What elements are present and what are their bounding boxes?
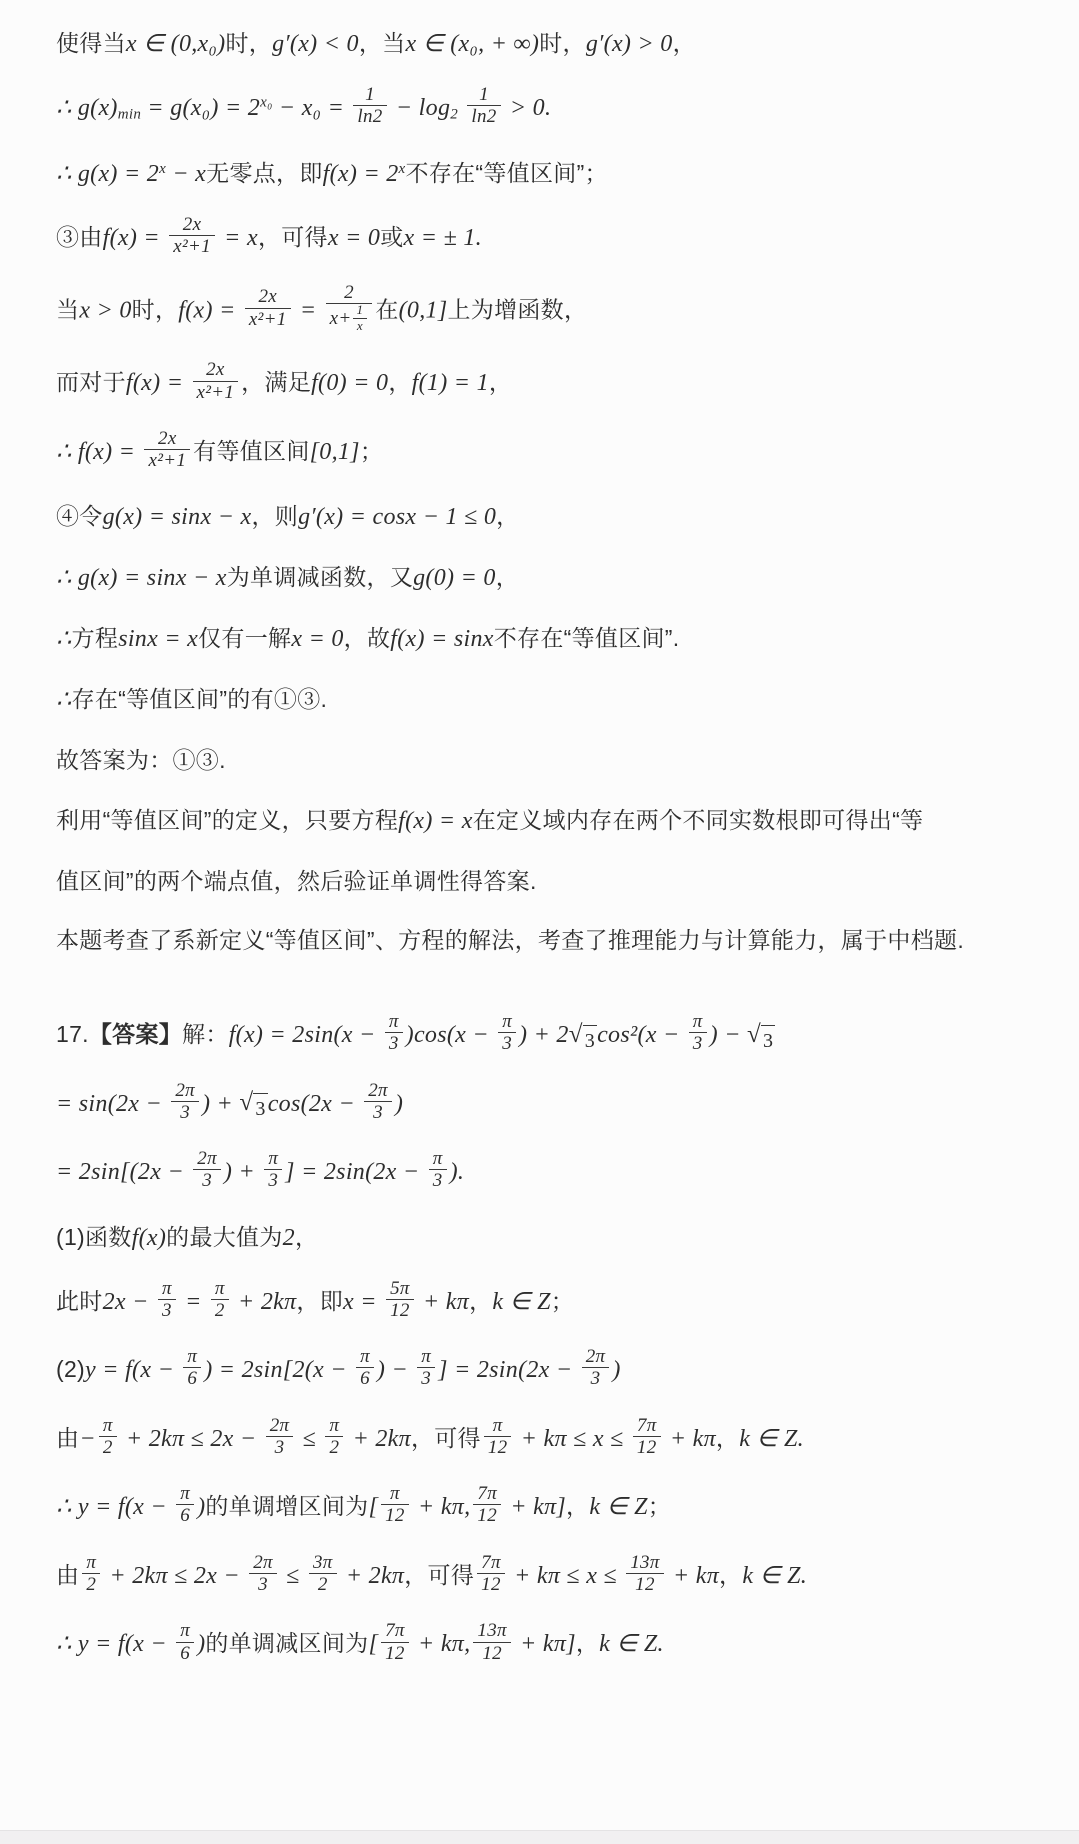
solution-line: 使得当x ∈ (0,x₀)时，g′(x) < 0，当x ∈ (x₀, + ∞)时… — [56, 26, 1035, 62]
text-run: ③由 — [56, 223, 103, 249]
fraction-part: 3 — [171, 1102, 199, 1123]
superscript: x — [399, 160, 406, 176]
solution-line: ∴ g(x)min = g(x₀) = 2x₀ − x₀ = 1ln2 − lo… — [56, 87, 1035, 131]
fraction: π3 — [498, 1011, 516, 1055]
fraction-part: 2x — [245, 286, 291, 308]
math-run: y = f(x − — [85, 1357, 180, 1383]
square-root: √3 — [747, 1021, 775, 1056]
solution-line: 此时2x − π3 = π2 + 2kπ，即x = 5π12 + kπ，k ∈ … — [56, 1281, 1035, 1325]
fraction: 2xx²+1 — [245, 286, 291, 330]
math-run: + kπ ≤ x ≤ — [508, 1563, 623, 1589]
text-run: 在 — [375, 296, 398, 322]
text-run: 由 — [56, 1562, 79, 1588]
fraction-part: x — [353, 319, 368, 334]
bold-text-run: 【答案】 — [89, 1021, 182, 1047]
math-run: f(x) = — [126, 370, 190, 396]
fraction: 1ln2 — [467, 84, 500, 128]
math-run: f(x) — [132, 1225, 167, 1251]
fraction-part: π — [82, 1552, 100, 1574]
fraction-part: 3 — [249, 1574, 277, 1595]
math-run: x+ — [330, 308, 352, 329]
math-run: f(x) = x — [398, 808, 473, 834]
fraction-part: 2x — [144, 428, 190, 450]
text-run: 而对于 — [56, 369, 126, 395]
text-run: ， — [496, 564, 519, 590]
math-run: 2x − — [103, 1288, 155, 1314]
math-run: − x — [166, 161, 206, 187]
fraction-part: π — [429, 1148, 447, 1170]
text-run: 有等值区间 — [193, 438, 310, 464]
fraction-part: ln2 — [353, 106, 386, 127]
fraction-part: 6 — [183, 1368, 201, 1389]
fraction-part: 2π — [582, 1346, 610, 1368]
fraction: π2 — [82, 1552, 100, 1596]
square-root: √3 — [239, 1089, 267, 1124]
fraction-part: 12 — [381, 1643, 409, 1664]
fraction-part: 3 — [689, 1033, 707, 1054]
solution-line: ∴方程sinx = x仅有一解x = 0，故f(x) = sinx不存在“等值区… — [56, 621, 1035, 657]
fraction-part: 2π — [364, 1080, 392, 1102]
math-run: ∴ g(x) = 2 — [56, 161, 159, 187]
text-run: ； — [648, 1493, 671, 1519]
text-run: 的最大值为 — [166, 1224, 283, 1250]
text-run: 利用“等值区间”的定义，只要方程 — [56, 807, 398, 833]
fraction: 7π12 — [381, 1620, 409, 1664]
superscript: x₀ — [260, 95, 272, 111]
solution-line: ∴ y = f(x − π6)的单调增区间为[π12 + kπ,7π12 + k… — [56, 1486, 1035, 1530]
math-run: g(x) = sinx − x — [103, 504, 252, 530]
fraction-part: 3 — [582, 1368, 610, 1389]
math-run: f(x) = — [178, 297, 242, 323]
fraction-part: 3 — [429, 1170, 447, 1191]
solution-line: 由π2 + 2kπ ≤ 2x − 2π3 ≤ 3π2 + 2kπ，可得7π12 … — [56, 1555, 1035, 1599]
math-run: ) + — [202, 1090, 239, 1116]
fraction-part: 12 — [473, 1643, 510, 1664]
solution-line: ∴存在“等值区间”的有①③. — [56, 682, 1035, 718]
fraction-part: 6 — [176, 1505, 194, 1526]
math-run: f(x) = 2sin(x − — [229, 1022, 382, 1048]
fraction: 2π3 — [266, 1415, 294, 1459]
math-run: x = — [343, 1288, 383, 1314]
fraction-part: 2x — [169, 214, 215, 236]
math-run: ∴ g(x) = sinx − x — [56, 565, 227, 591]
text-run: ， — [566, 1493, 589, 1519]
fraction-part: 3 — [158, 1300, 176, 1321]
fraction: π2 — [211, 1278, 229, 1322]
text-run: ，可得 — [404, 1562, 474, 1588]
math-run: − x₀ = — [273, 95, 351, 121]
math-run: k ∈ Z — [589, 1494, 647, 1520]
math-run: ) + 2 — [519, 1022, 569, 1048]
fraction-part: 3 — [385, 1033, 403, 1054]
text-run: ， — [469, 1287, 492, 1313]
text-run: ； — [551, 1287, 574, 1313]
math-run: x > 0 — [79, 297, 131, 323]
fraction-part: 2 — [325, 1437, 343, 1458]
page-bottom-edge — [0, 1830, 1079, 1844]
fraction-part: 3π — [309, 1552, 337, 1574]
fraction-part: 12 — [386, 1300, 414, 1321]
fraction-part: 5π — [386, 1278, 414, 1300]
math-run: k ∈ Z. — [742, 1563, 807, 1589]
fraction: 7π12 — [633, 1415, 661, 1459]
math-run: cos(2x − — [268, 1090, 362, 1116]
solution-line: 利用“等值区间”的定义，只要方程f(x) = x在定义域内存在两个不同实数根即可… — [56, 803, 1035, 839]
solution-line: ③由f(x) = 2xx²+1 = x，可得x = 0或x = ± 1. — [56, 217, 1035, 261]
fraction: 2π3 — [193, 1148, 221, 1192]
text-run: 仅有一解 — [198, 625, 291, 651]
math-run: ∴ — [56, 687, 72, 713]
fraction-part: x²+1 — [193, 382, 239, 403]
text-run: 上为增函数， — [447, 296, 587, 322]
fraction-part: π — [176, 1483, 194, 1505]
fraction-part: 2 — [309, 1574, 337, 1595]
text-run: 存在“等值区间”的有①③. — [72, 686, 328, 712]
text-run: 17. — [56, 1021, 89, 1047]
fraction: π2 — [325, 1415, 343, 1459]
math-run: ∴ y = f(x − — [56, 1631, 173, 1657]
math-run: + 2kπ ≤ 2x − — [103, 1563, 246, 1589]
text-run: 解： — [182, 1021, 229, 1047]
math-run: f(x) = 2 — [323, 161, 399, 187]
text-run: ， — [673, 30, 696, 56]
text-run: 时， — [539, 30, 586, 56]
math-run: > 0. — [504, 95, 552, 121]
math-run: ) + — [224, 1159, 261, 1185]
fraction-part: 3 — [364, 1102, 392, 1123]
solution-line: ∴ g(x) = sinx − x为单调减函数，又g(0) = 0， — [56, 560, 1035, 596]
math-run: g′(x) = cosx − 1 ≤ 0 — [298, 504, 496, 530]
subscript: 2 — [450, 107, 458, 123]
math-run: ] = 2sin(2x − — [285, 1159, 426, 1185]
math-run: ≤ — [280, 1563, 306, 1589]
fraction: 2x+1x — [326, 282, 373, 334]
math-run: g′(x) < 0 — [272, 31, 359, 57]
fraction-part: 2 — [82, 1574, 100, 1595]
fraction-part: π — [417, 1346, 435, 1368]
text-run: 不存在“等值区间”. — [494, 625, 680, 651]
text-run: ， — [496, 503, 519, 529]
math-run: k ∈ Z. — [739, 1425, 804, 1451]
math-run: ) = 2sin[2(x − — [204, 1357, 353, 1383]
fraction: π3 — [264, 1148, 282, 1192]
fraction: π6 — [176, 1620, 194, 1664]
radical-icon: √ — [569, 1021, 583, 1050]
math-run: [0,1] — [310, 439, 360, 465]
math-run: = — [179, 1288, 208, 1314]
fraction-part: 3 — [266, 1437, 294, 1458]
text-run: ，故 — [344, 625, 391, 651]
math-run: ∴ — [56, 626, 72, 652]
math-run: ≤ — [296, 1425, 322, 1451]
text-run: ， — [576, 1630, 599, 1656]
fraction-part: π — [99, 1415, 117, 1437]
fraction-part: 3 — [498, 1033, 516, 1054]
math-run: ∴ g(x) — [56, 95, 118, 121]
fraction: 2xx²+1 — [193, 359, 239, 403]
math-run: ). — [450, 1159, 465, 1185]
math-run: k ∈ Z. — [599, 1631, 664, 1657]
text-run: ， — [295, 1224, 318, 1250]
fraction-part: ln2 — [467, 106, 500, 127]
math-run: )cos(x − — [406, 1022, 496, 1048]
solution-line: (1)函数f(x)的最大值为2， — [56, 1220, 1035, 1256]
math-run: + kπ, — [412, 1631, 471, 1657]
fraction: π3 — [429, 1148, 447, 1192]
fraction-part: π — [176, 1620, 194, 1642]
fraction: π6 — [183, 1346, 201, 1390]
fraction: 5π12 — [386, 1278, 414, 1322]
solution-line: ④令g(x) = sinx − x，则g′(x) = cosx − 1 ≤ 0， — [56, 499, 1035, 535]
solution-line: 故答案为：①③. — [56, 743, 1035, 778]
fraction: π2 — [99, 1415, 117, 1459]
fraction-part: 13π — [473, 1620, 510, 1642]
fraction-part: 2π — [266, 1415, 294, 1437]
text-run: 的单调增区间为 — [205, 1493, 368, 1519]
text-run: 时， — [132, 296, 179, 322]
solution-line: 而对于f(x) = 2xx²+1，满足f(0) = 0，f(1) = 1， — [56, 362, 1035, 406]
math-run: g′(x) > 0 — [586, 31, 673, 57]
text-run: 时， — [225, 30, 272, 56]
math-run: = sin(2x − — [56, 1090, 168, 1116]
fraction-part: x²+1 — [144, 450, 190, 471]
fraction: 13π12 — [626, 1552, 663, 1596]
math-run: + kπ] — [514, 1631, 576, 1657]
text-run: ，当 — [359, 30, 406, 56]
text-run: 无零点，即 — [206, 160, 323, 186]
text-run: ， — [719, 1562, 742, 1588]
math-run: x = 0 — [291, 626, 343, 652]
text-run: ，可得 — [258, 223, 328, 249]
math-run: = 2sin[(2x − — [56, 1159, 190, 1185]
solution-line: (2)y = f(x − π6) = 2sin[2(x − π6) − π3] … — [56, 1349, 1035, 1393]
solution-line: 由−π2 + 2kπ ≤ 2x − 2π3 ≤ π2 + 2kπ，可得π12 +… — [56, 1418, 1035, 1462]
math-run: ) — [612, 1357, 620, 1383]
radical-icon: √ — [239, 1089, 253, 1118]
fraction-part: 13π — [626, 1552, 663, 1574]
text-run: ， — [388, 369, 411, 395]
solution-line: ∴ y = f(x − π6)的单调减区间为[7π12 + kπ,13π12 +… — [56, 1623, 1035, 1667]
solution-line: = sin(2x − 2π3) + √3cos(2x − 2π3) — [56, 1083, 1035, 1127]
fraction-part: x²+1 — [245, 309, 291, 330]
solution-line: 值区间”的两个端点值，然后验证单调性得答案. — [56, 864, 1035, 899]
fraction: π3 — [689, 1011, 707, 1055]
fraction-part: 7π — [633, 1415, 661, 1437]
fraction-part: 3 — [193, 1170, 221, 1191]
math-run: [ — [368, 1494, 378, 1520]
math-run: − log — [390, 95, 451, 121]
text-run: 由 — [56, 1424, 79, 1450]
text-run: ， — [716, 1424, 739, 1450]
fraction-part: π — [158, 1278, 176, 1300]
math-run: + kπ ≤ x ≤ — [514, 1425, 629, 1451]
fraction-part: 3 — [264, 1170, 282, 1191]
fraction-part: π — [183, 1346, 201, 1368]
text-run: 使得当 — [56, 30, 126, 56]
fraction-part: 2π — [171, 1080, 199, 1102]
text-run: 故答案为：①③. — [56, 747, 226, 773]
fraction: 2π3 — [582, 1346, 610, 1390]
math-run: + 2kπ ≤ 2x − — [120, 1425, 263, 1451]
fraction-part: 2π — [193, 1148, 221, 1170]
text-run: ，可得 — [411, 1424, 481, 1450]
fraction-part: π — [356, 1346, 374, 1368]
subscript: min — [118, 107, 141, 123]
math-run: cos²(x − — [597, 1022, 686, 1048]
solution-line: 17.【答案】解：f(x) = 2sin(x − π3)cos(x − π3) … — [56, 1014, 1035, 1058]
math-run: [ — [368, 1631, 378, 1657]
fraction-part: 12 — [381, 1505, 409, 1526]
fraction-part: 1 — [353, 303, 368, 319]
solution-line: 当x > 0时，f(x) = 2xx²+1 = 2x+1x在(0,1]上为增函数… — [56, 285, 1035, 337]
text-run: ，即 — [296, 1287, 343, 1313]
radical-icon: √ — [747, 1021, 761, 1050]
fraction-part: 12 — [626, 1574, 663, 1595]
solution-line: ∴ g(x) = 2x − x无零点，即f(x) = 2x不存在“等值区间”； — [56, 156, 1035, 192]
math-run: + kπ — [667, 1563, 719, 1589]
fraction-part: 12 — [633, 1437, 661, 1458]
math-run: x = 0 — [328, 224, 380, 250]
text-run: 方程 — [72, 625, 119, 651]
fraction: 1x — [353, 303, 368, 333]
math-run: f(0) = 0 — [311, 370, 388, 396]
fraction: π3 — [417, 1346, 435, 1390]
math-run: g(0) = 0 — [413, 565, 496, 591]
text-run: 本题考查了系新定义“等值区间”、方程的解法，考查了推理能力与计算能力，属于中档题… — [56, 927, 964, 953]
fraction-part: π — [385, 1011, 403, 1033]
math-run: x ∈ (0,x₀) — [126, 31, 226, 57]
solution-line: ∴ f(x) = 2xx²+1有等值区间[0,1]； — [56, 431, 1035, 475]
fraction-part: π — [381, 1483, 409, 1505]
text-run: 为单调减函数，又 — [227, 564, 413, 590]
fraction-part: 3 — [417, 1368, 435, 1389]
text-run: ，则 — [251, 503, 298, 529]
fraction: 2π3 — [249, 1552, 277, 1596]
fraction: 2xx²+1 — [144, 428, 190, 472]
math-run: f(x) = sinx — [390, 626, 493, 652]
fraction: 1ln2 — [353, 84, 386, 128]
fraction-part: 1 — [467, 84, 500, 106]
fraction-part: 2 — [211, 1300, 229, 1321]
text-run: ，满足 — [241, 369, 311, 395]
fraction-part: 2x — [193, 359, 239, 381]
text-run: 在定义域内存在两个不同实数根即可得出“等 — [473, 807, 924, 833]
math-run: ) − — [710, 1022, 747, 1048]
math-run: ] = 2sin(2x − — [438, 1357, 579, 1383]
fraction-part: 1 — [353, 84, 386, 106]
math-run: − — [79, 1425, 96, 1451]
math-run: f(x) = — [103, 224, 167, 250]
math-run: k ∈ Z — [492, 1288, 550, 1314]
text-run: 值区间”的两个端点值，然后验证单调性得答案. — [56, 868, 537, 894]
fraction: π6 — [176, 1483, 194, 1527]
solution-line: 本题考查了系新定义“等值区间”、方程的解法，考查了推理能力与计算能力，属于中档题… — [56, 923, 1035, 958]
fraction: 7π12 — [477, 1552, 505, 1596]
fraction: 13π12 — [473, 1620, 510, 1664]
fraction-part: 12 — [473, 1505, 501, 1526]
fraction-part: x+1x — [326, 304, 373, 334]
fraction: 3π2 — [309, 1552, 337, 1596]
fraction: π12 — [484, 1415, 512, 1459]
solution-line: = 2sin[(2x − 2π3) + π3] = 2sin(2x − π3). — [56, 1151, 1035, 1195]
math-run: + 2kπ — [346, 1425, 411, 1451]
math-run: + 2kπ — [232, 1288, 297, 1314]
math-run: x = ± 1. — [404, 224, 482, 250]
math-run: + kπ] — [504, 1494, 566, 1520]
text-run: (1)函数 — [56, 1224, 132, 1250]
fraction-part: π — [484, 1415, 512, 1437]
fraction: π6 — [356, 1346, 374, 1390]
fraction-part: π — [498, 1011, 516, 1033]
math-run: + kπ — [664, 1425, 716, 1451]
math-run: = x — [218, 224, 258, 250]
text-run: 或 — [380, 223, 403, 249]
math-run: + 2kπ — [340, 1563, 405, 1589]
fraction-part: x²+1 — [169, 236, 215, 257]
square-root: √3 — [569, 1021, 597, 1056]
math-run: ∴ y = f(x − — [56, 1494, 173, 1520]
fraction-part: 7π — [477, 1552, 505, 1574]
math-run — [458, 95, 464, 121]
fraction-part: 7π — [381, 1620, 409, 1642]
fraction: π3 — [385, 1011, 403, 1055]
math-run: f(1) = 1 — [412, 370, 489, 396]
math-run: (0,1] — [399, 297, 448, 323]
math-run: + kπ, — [412, 1494, 471, 1520]
math-run: = — [294, 297, 323, 323]
text-run: 此时 — [56, 1287, 103, 1313]
math-run: ) — [395, 1090, 403, 1116]
fraction-part: π — [325, 1415, 343, 1437]
fraction-part: 7π — [473, 1483, 501, 1505]
fraction-part: 2π — [249, 1552, 277, 1574]
text-run: ； — [360, 438, 383, 464]
math-run: sinx = x — [118, 626, 198, 652]
fraction: 7π12 — [473, 1483, 501, 1527]
fraction-part: π — [689, 1011, 707, 1033]
text-run: 的单调减区间为 — [205, 1630, 368, 1656]
radicand: 3 — [583, 1025, 597, 1056]
fraction: 2π3 — [171, 1080, 199, 1124]
fraction: 2xx²+1 — [169, 214, 215, 258]
fraction-part: 2 — [326, 282, 373, 304]
fraction-part: 12 — [484, 1437, 512, 1458]
fraction: π3 — [158, 1278, 176, 1322]
math-run: ∴ f(x) = — [56, 439, 141, 465]
solution-lines: 使得当x ∈ (0,x₀)时，g′(x) < 0，当x ∈ (x₀, + ∞)时… — [0, 0, 1079, 1667]
fraction-part: π — [264, 1148, 282, 1170]
math-run: = g(x₀) = 2 — [141, 95, 260, 121]
fraction-part: 6 — [356, 1368, 374, 1389]
math-run: ) − — [377, 1357, 414, 1383]
fraction-part: 12 — [477, 1574, 505, 1595]
fraction: 2π3 — [364, 1080, 392, 1124]
math-run: + kπ — [417, 1288, 469, 1314]
radicand: 3 — [761, 1025, 775, 1056]
text-run: 当 — [56, 296, 79, 322]
text-run: ， — [489, 369, 512, 395]
text-run: (2) — [56, 1356, 85, 1382]
fraction-part: 6 — [176, 1643, 194, 1664]
radicand: 3 — [253, 1093, 267, 1124]
math-run: x ∈ (x₀, + ∞) — [405, 31, 539, 57]
fraction: π12 — [381, 1483, 409, 1527]
text-run: 不存在“等值区间”； — [406, 160, 608, 186]
math-run: 2 — [283, 1225, 295, 1251]
fraction-part: π — [211, 1278, 229, 1300]
text-run: ④令 — [56, 503, 103, 529]
fraction-part: 2 — [99, 1437, 117, 1458]
